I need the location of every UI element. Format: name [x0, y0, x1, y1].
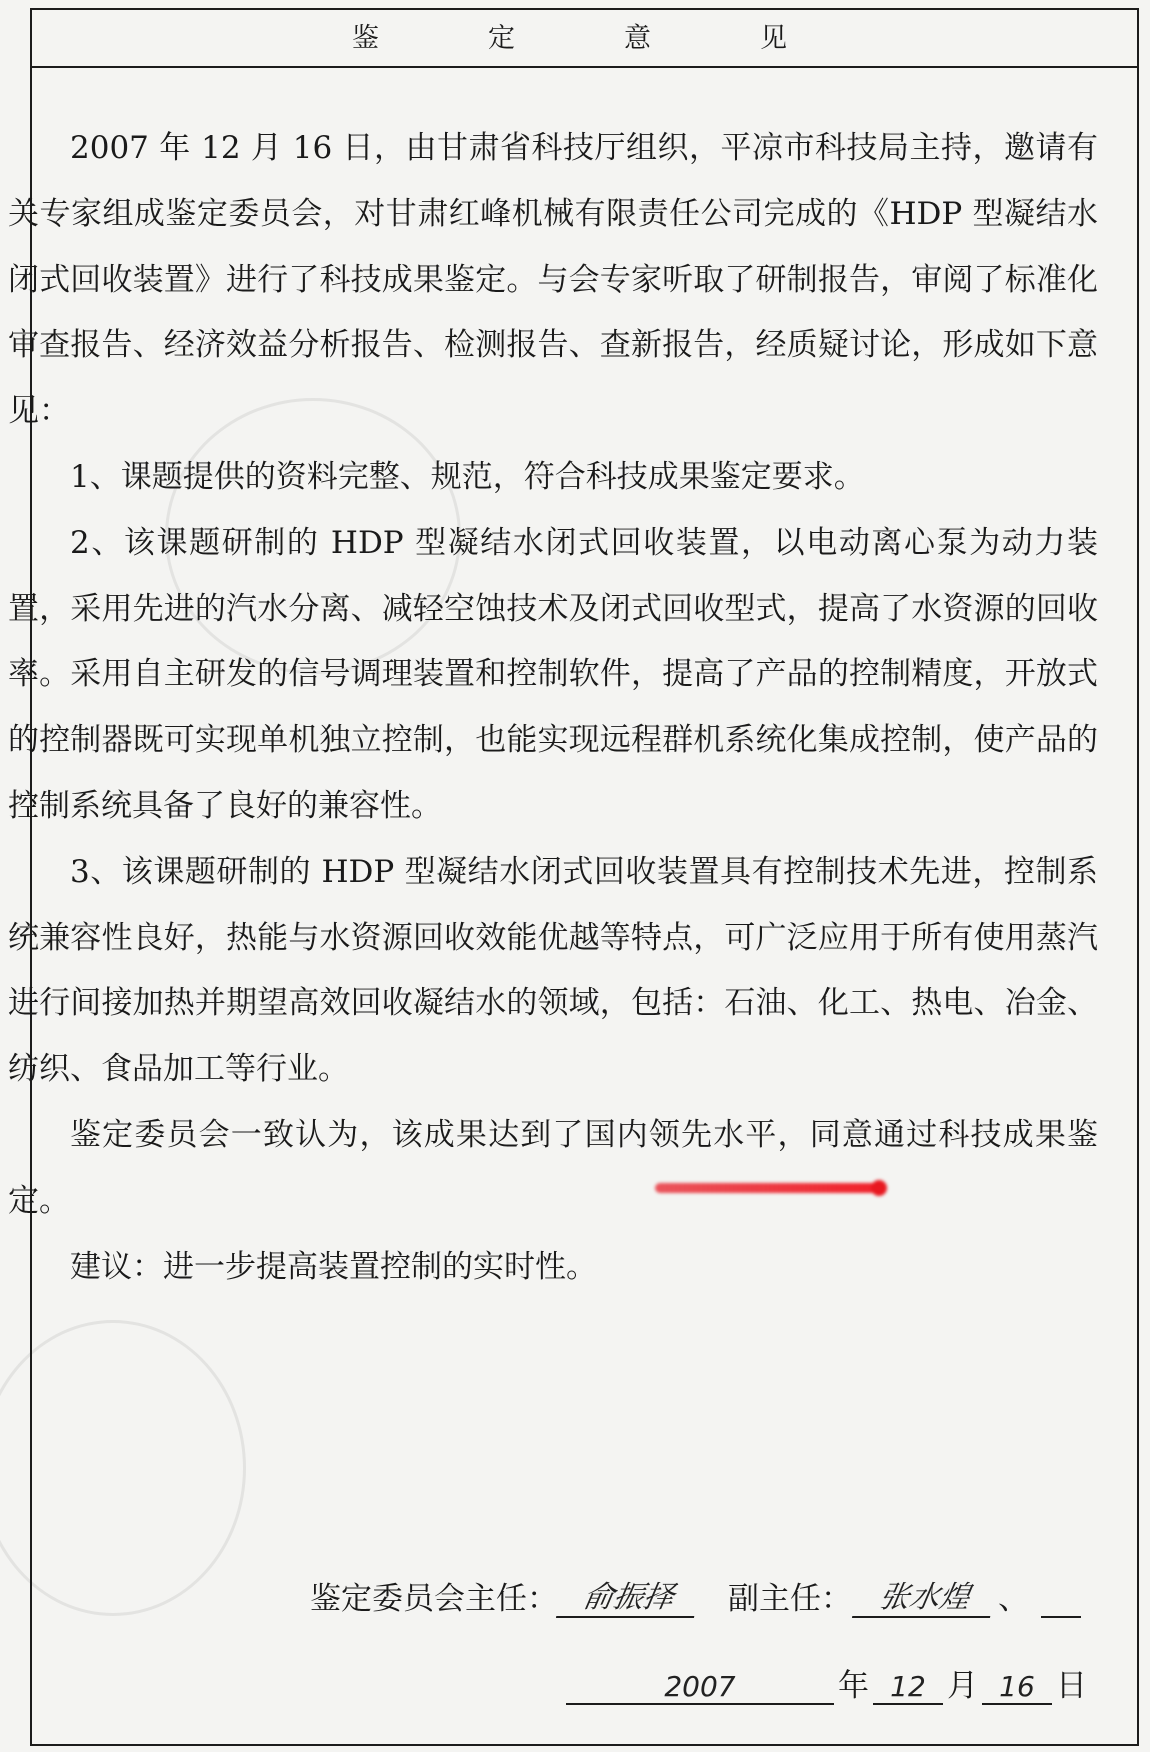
opinion-item-1: 1、课题提供的资料完整、规范，符合科技成果鉴定要求。: [8, 445, 1098, 511]
conclusion-paragraph: 鉴定委员会一致认为，该成果达到了国内领先水平，同意通过科技成果鉴定。: [8, 1103, 1098, 1235]
date-row: 2007 年 12 月 16 日: [566, 1660, 1091, 1705]
title-char: 鉴: [298, 16, 434, 55]
day-unit: 日: [1056, 1660, 1087, 1705]
title-char: 定: [434, 16, 570, 55]
month-unit: 月: [947, 1660, 978, 1705]
date-year: 2007: [566, 1670, 834, 1705]
suggestion-paragraph: 建议：进一步提高装置控制的实时性。: [8, 1235, 1098, 1301]
intro-paragraph: 2007 年 12 月 16 日，由甘肃省科技厅组织，平凉市科技局主持，邀请有关…: [8, 116, 1098, 445]
date-month: 12: [873, 1670, 943, 1705]
year-unit: 年: [838, 1660, 869, 1705]
signature-separator: 、: [998, 1573, 1029, 1618]
chair-signature: 俞振择: [556, 1572, 702, 1618]
title-char: 意: [570, 16, 706, 55]
page-title: 鉴 定 意 见: [32, 16, 1137, 55]
chair-label: 鉴定委员会主任：: [310, 1573, 558, 1618]
title-char: 见: [706, 16, 842, 55]
vice-chair-label: 副主任：: [728, 1573, 852, 1618]
opinion-body: 2007 年 12 月 16 日，由甘肃省科技厅组织，平凉市科技局主持，邀请有关…: [8, 116, 1098, 1300]
blank-signature-line: [1041, 1584, 1081, 1618]
date-day: 16: [982, 1670, 1052, 1705]
red-highlight-underline: [655, 1183, 883, 1193]
document-header: 鉴 定 意 见: [32, 10, 1137, 68]
signature-row: 鉴定委员会主任： 俞振择 副主任： 张水煌 、: [310, 1572, 1081, 1618]
vice-chair-signature: 张水煌: [852, 1572, 998, 1618]
opinion-item-3: 3、该课题研制的 HDP 型凝结水闭式回收装置具有控制技术先进，控制系统兼容性良…: [8, 840, 1098, 1103]
opinion-item-2: 2、该课题研制的 HDP 型凝结水闭式回收装置，以电动离心泵为动力装置，采用先进…: [8, 511, 1098, 840]
